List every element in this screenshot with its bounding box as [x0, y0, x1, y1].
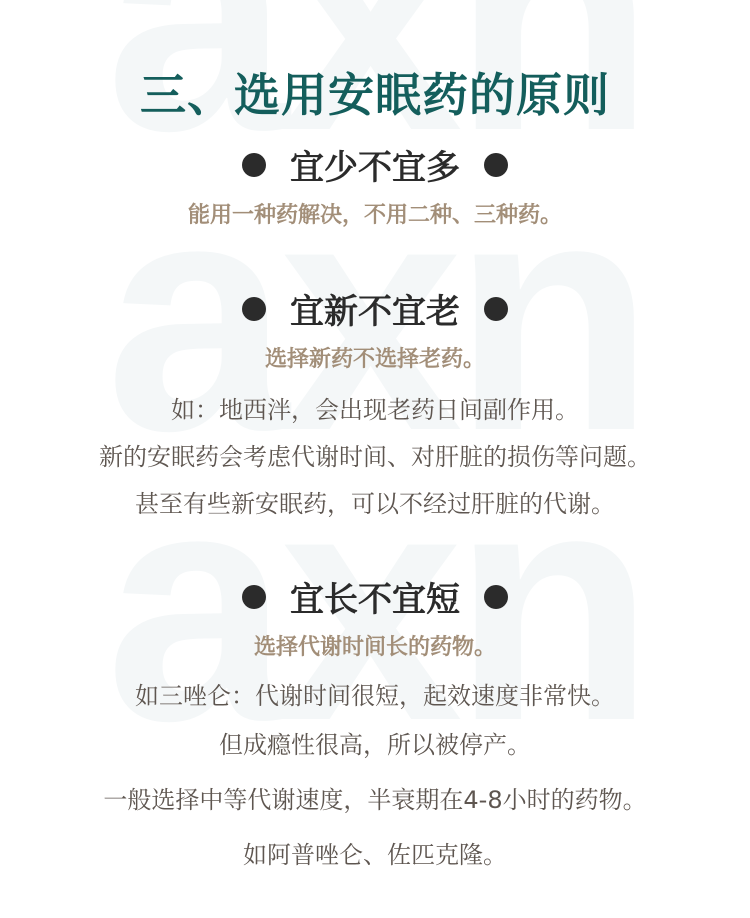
section-heading: 宜长不宜短	[0, 572, 750, 621]
bullet-dot-icon	[242, 153, 266, 177]
section-heading-label: 宜新不宜老	[290, 284, 460, 333]
section-subtitle: 能用一种药解决，不用二种、三种药。	[0, 198, 750, 229]
body-text-line: 新的安眠药会考虑代谢时间、对肝脏的损伤等问题。	[0, 437, 750, 472]
bullet-dot-icon	[484, 297, 508, 321]
bullet-dot-icon	[484, 585, 508, 609]
body-text-line: 甚至有些新安眠药，可以不经过肝脏的代谢。	[0, 484, 750, 519]
bullet-dot-icon	[242, 297, 266, 321]
body-text-line: 如阿普唑仑、佐匹克隆。	[0, 835, 750, 870]
section-subtitle: 选择代谢时间长的药物。	[0, 630, 750, 661]
body-text-line: 如：地西泮，会出现老药日间副作用。	[0, 390, 750, 425]
bullet-dot-icon	[242, 585, 266, 609]
body-text-line: 一般选择中等代谢速度，半衰期在4-8小时的药物。	[0, 780, 750, 815]
section-heading-label: 宜长不宜短	[290, 572, 460, 621]
section-subtitle: 选择新药不选择老药。	[0, 342, 750, 373]
page-title: 三、选用安眠药的原则	[0, 59, 750, 125]
section-heading-label: 宜少不宜多	[290, 140, 460, 189]
body-text-line: 如三唑仑：代谢时间很短，起效速度非常快。	[0, 676, 750, 711]
section-heading: 宜少不宜多	[0, 140, 750, 189]
section-heading: 宜新不宜老	[0, 284, 750, 333]
body-text-line: 但成瘾性很高，所以被停产。	[0, 725, 750, 760]
bullet-dot-icon	[484, 153, 508, 177]
